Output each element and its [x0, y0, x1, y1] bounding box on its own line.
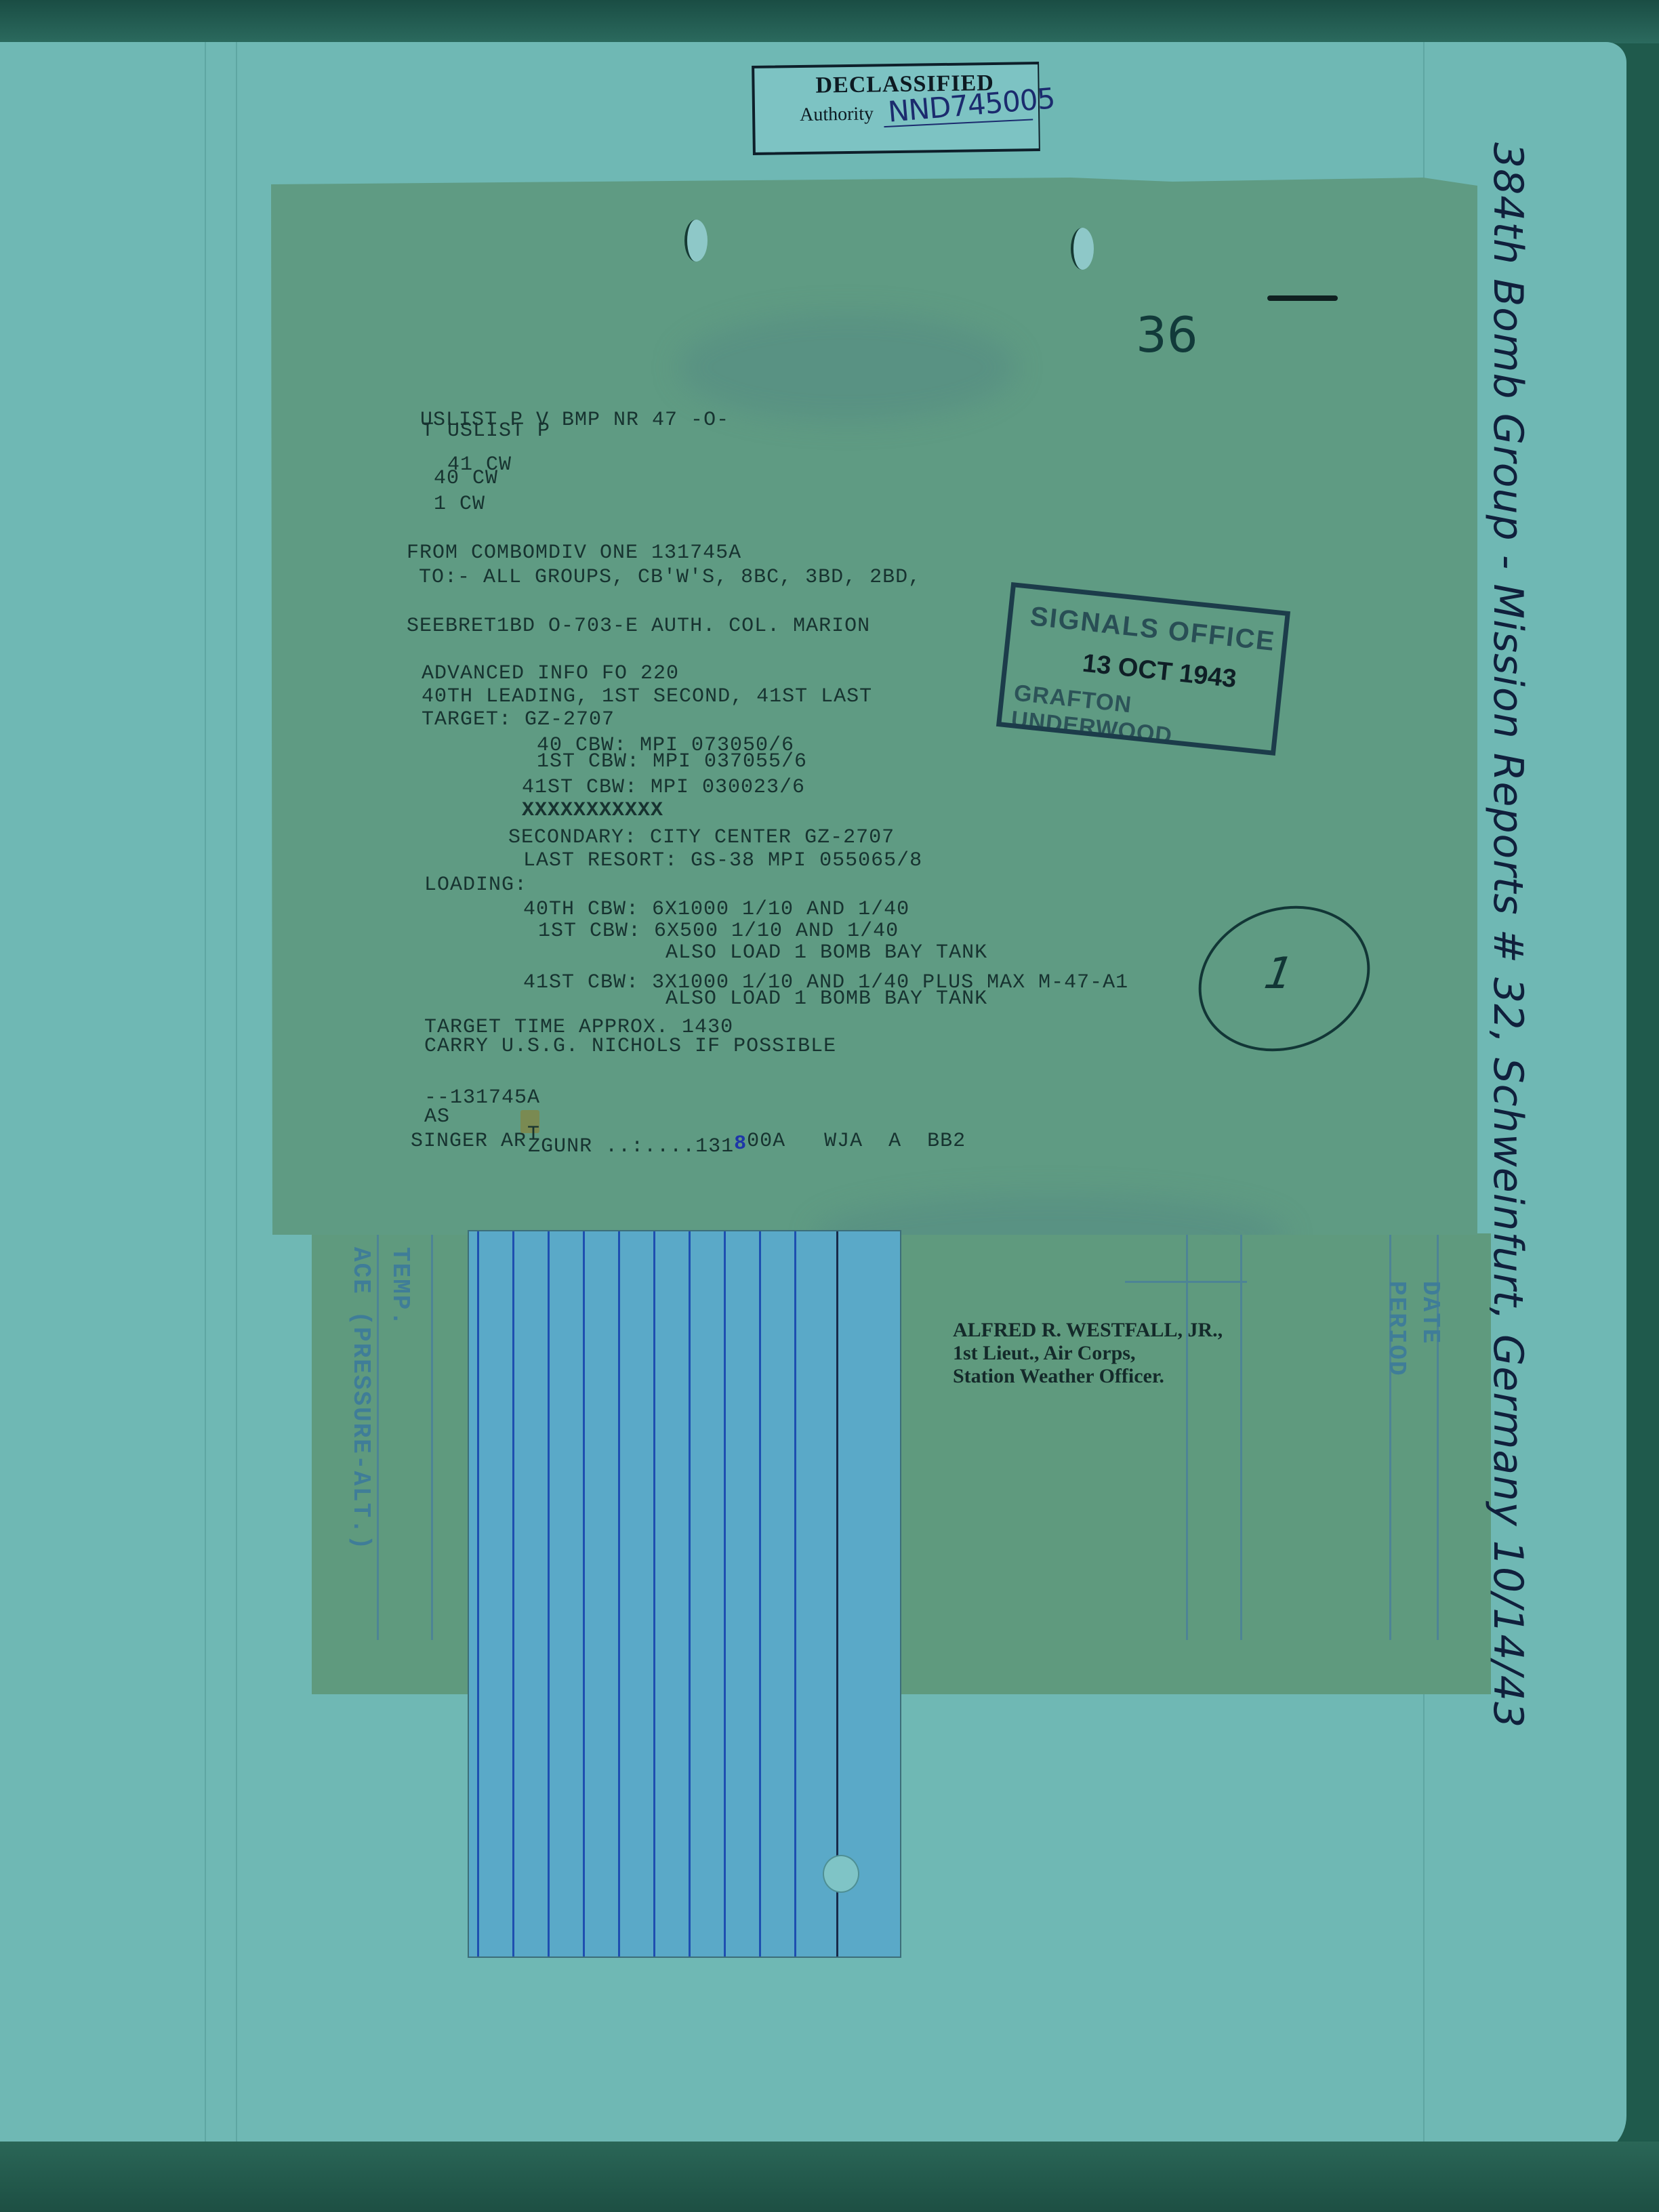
footer-line: SINGER AR TZGUNR ..:....131800A WJA A BB… [411, 1130, 966, 1152]
loading-label: LOADING: [424, 874, 527, 896]
mpi-41stcbw: 41ST CBW: MPI 030023/6 [522, 777, 805, 798]
paper-stain [678, 313, 1017, 422]
form-rule [1240, 1233, 1242, 1640]
folder-crease [205, 42, 206, 2156]
punch-hole [684, 220, 708, 262]
pen-correction: 8 [734, 1132, 747, 1155]
form-rule [1125, 1281, 1247, 1283]
authority-label: Authority [800, 103, 874, 126]
signature-title: Station Weather Officer. [953, 1365, 1223, 1388]
secondary-target: SECONDARY: CITY CENTER GZ-2707 [508, 827, 895, 848]
signature-name: ALFRED R. WESTFALL, JR., [953, 1319, 1223, 1342]
card-rule [794, 1231, 796, 1957]
formation-order: 40TH LEADING, 1ST SECOND, 41ST LAST [422, 686, 872, 708]
card-rule [653, 1231, 655, 1957]
classification-line: SEEBRET1BD O-703-E AUTH. COL. MARION [407, 615, 870, 637]
background-surface-bottom [0, 2142, 1659, 2212]
column-label-period: PERIOD [1382, 1281, 1410, 1377]
strikeout-line: XXXXXXXXXXX [522, 800, 663, 821]
footer-time: 00A WJA A BB2 [747, 1130, 966, 1153]
from-line: FROM COMBOMDIV ONE 131745A [407, 542, 741, 564]
card-rule [548, 1231, 550, 1957]
card-rule [512, 1231, 514, 1957]
column-label-temp: TEMP. [386, 1247, 414, 1327]
background-surface-top [0, 0, 1659, 43]
form-rule [1186, 1233, 1188, 1640]
target-line: TARGET: GZ-2707 [422, 709, 615, 731]
mpi-1stcbw: 1ST CBW: MPI 037055/6 [537, 751, 807, 773]
advanced-info: ADVANCED INFO FO 220 [422, 663, 679, 684]
card-rule [759, 1231, 761, 1957]
handwritten-page-number: 36 [1136, 306, 1198, 363]
loading-40th: 40TH CBW: 6X1000 1/10 AND 1/40 [523, 899, 909, 920]
weather-officer-signature: ALFRED R. WESTFALL, JR.,1st Lieut., Air … [953, 1319, 1223, 1388]
card-rule [477, 1231, 479, 1957]
margin-handwritten-note: 384th Bomb Group - Mission Reports # 32,… [1484, 142, 1532, 1728]
signature-rank: 1st Lieut., Air Corps, [953, 1342, 1223, 1365]
stamp-date: 13 OCT 1943 [1081, 649, 1237, 695]
card-punch-hole [823, 1855, 859, 1893]
card-rule [724, 1231, 726, 1957]
routing-1cw: 1 CW [434, 493, 485, 515]
loading-1st: 1ST CBW: 6X500 1/10 AND 1/40 [538, 920, 899, 942]
card-rule [583, 1231, 585, 1957]
stamp-office: SIGNALS OFFICE [1029, 601, 1277, 657]
to-line: TO:- ALL GROUPS, CB'W'S, 8BC, 3BD, 2BD, [419, 567, 921, 588]
card-rule [618, 1231, 620, 1957]
declassification-stamp: DECLASSIFIED Authority NND745005 [752, 62, 1040, 155]
footer-operator: SINGER AR [411, 1130, 527, 1153]
index-card [468, 1230, 901, 1958]
loading-1st-tank: ALSO LOAD 1 BOMB BAY TANK [665, 942, 987, 964]
loading-41st-tank: ALSO LOAD 1 BOMB BAY TANK [665, 988, 987, 1010]
form-rule [377, 1233, 379, 1640]
signals-office-stamp: SIGNALS OFFICE 13 OCT 1943 GRAFTON UNDER… [996, 582, 1290, 756]
footer-code: ZGUNR ..:....131 [528, 1135, 734, 1158]
column-label-date: DATE [1416, 1281, 1444, 1345]
card-margin-rule [836, 1231, 838, 1957]
form-rule [431, 1233, 433, 1640]
folder-crease [236, 42, 237, 2156]
carry-instruction: CARRY U.S.G. NICHOLS IF POSSIBLE [424, 1036, 836, 1057]
routing-40cw: 40 CW [434, 468, 498, 489]
pen-dash-mark [1267, 295, 1338, 301]
punch-hole [1071, 228, 1094, 270]
column-label-pressure: ACE (PRESSURE-ALT.) [347, 1247, 375, 1551]
header-line-2: T USLIST P [422, 420, 550, 442]
closing-as: AS [424, 1106, 450, 1128]
last-resort-target: LAST RESORT: GS-38 MPI 055065/8 [523, 850, 922, 872]
card-rule [689, 1231, 691, 1957]
